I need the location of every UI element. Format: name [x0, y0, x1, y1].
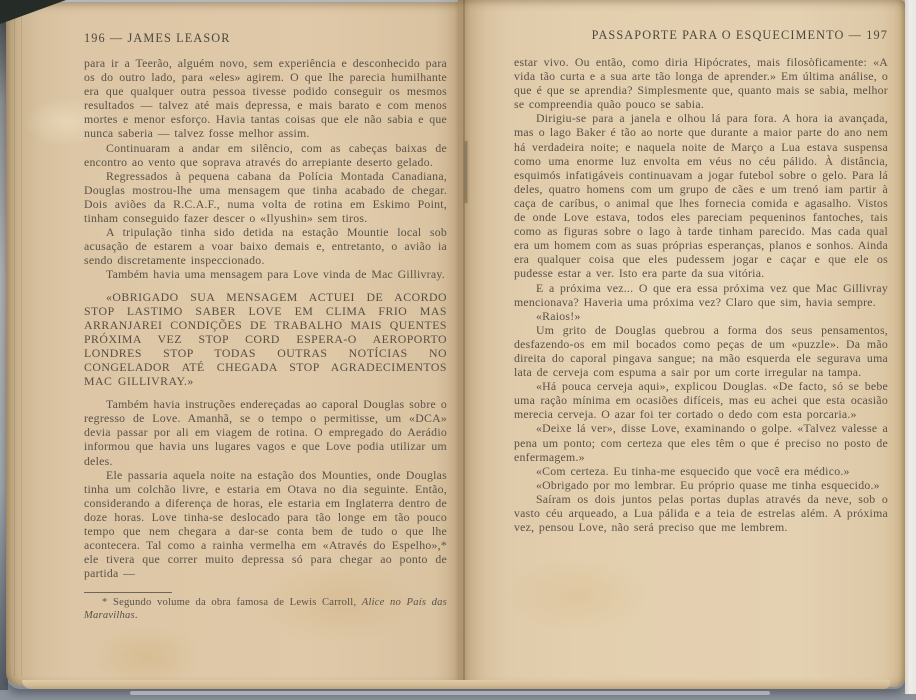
table-highlight — [130, 691, 770, 695]
footnote-text: * Segundo volume da obra famosa de Lewis… — [84, 597, 447, 622]
paragraph: Regressados à pequena cabana da Polícia … — [84, 169, 447, 225]
paragraph: Dirigiu-se para a janela e olhou lá para… — [514, 111, 888, 280]
paragraph: E a próxima vez... O que era essa próxim… — [514, 281, 888, 309]
footnote-suffix: . — [135, 610, 138, 621]
paragraph: «Raios!» — [514, 309, 888, 323]
book-photo: 196 — JAMES LEASOR para ir a Teerão, alg… — [0, 0, 916, 700]
paragraph: «Obrigado por mo lembrar. Eu próprio qua… — [514, 478, 888, 492]
text-column-left: para ir a Teerão, alguém novo, sem exper… — [84, 56, 447, 580]
text-column-right: estar vivo. Ou então, como diria Hipócra… — [514, 55, 888, 534]
binding-thread — [465, 141, 467, 203]
page-right: PASSAPORTE PARA O ESQUECIMENTO — 197 est… — [458, 0, 905, 687]
paragraph: «Deixe lá ver», disse Love, examinando o… — [514, 421, 888, 463]
page-left: 196 — JAMES LEASOR para ir a Teerão, alg… — [6, 2, 458, 686]
book-bottom-edge — [22, 680, 890, 689]
paragraph: Um grito de Douglas quebrou a forma dos … — [514, 323, 888, 379]
running-header-right: PASSAPORTE PARA O ESQUECIMENTO — 197 — [514, 28, 888, 43]
footnote-body: Segundo volume da obra famosa de Lewis C… — [108, 597, 362, 608]
telegram-paragraph: «OBRIGADO SUA MENSAGEM ACTUEI DE ACORDO … — [84, 290, 447, 389]
paragraph: Continuaram a andar em silêncio, com as … — [84, 141, 447, 169]
spine-crease — [463, 0, 465, 689]
paragraph: Também havia instruções endereçadas ao c… — [84, 397, 447, 467]
photo-background-right — [905, 0, 916, 694]
paragraph: A tripulação tinha sido detida na estaçã… — [84, 225, 447, 267]
spine-shadow — [434, 0, 486, 689]
open-book: 196 — JAMES LEASOR para ir a Teerão, alg… — [6, 0, 905, 689]
running-header-left: 196 — JAMES LEASOR — [84, 31, 231, 46]
paragraph: Saíram os dois juntos pelas portas dupla… — [514, 492, 888, 534]
page-stack-edge — [14, 12, 30, 676]
paragraph: «Há pouca cerveja aqui», explicou Dougla… — [514, 379, 888, 421]
paragraph: estar vivo. Ou então, como diria Hipócra… — [514, 55, 888, 111]
paragraph: Ele passaria aquela noite na estação dos… — [84, 468, 447, 581]
paragraph: Também havia uma mensagem para Love vind… — [84, 267, 447, 281]
footnote-rule — [84, 592, 172, 593]
footnote: * Segundo volume da obra famosa de Lewis… — [84, 592, 447, 622]
paragraph: «Com certeza. Eu tinha-me esquecido que … — [514, 464, 888, 478]
paragraph: para ir a Teerão, alguém novo, sem exper… — [84, 56, 447, 141]
